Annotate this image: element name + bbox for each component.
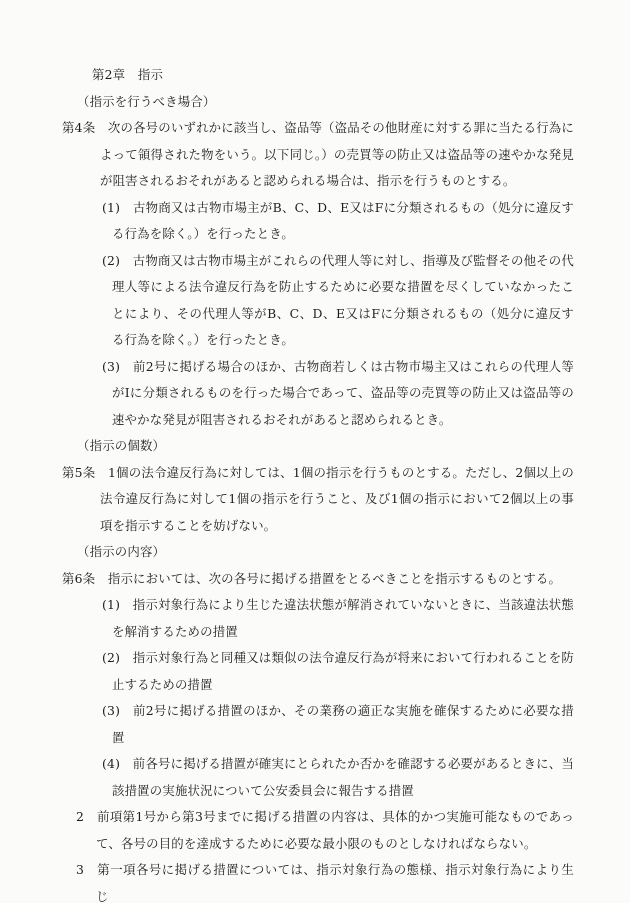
paren-heading: （指示を行うべき場合） (62, 89, 574, 116)
paragraph: 2 前項第1号から第3号までに掲げる措置の内容は、具体的かつ実施可能なものであっ… (62, 804, 574, 857)
item: (3) 前2号に掲げる場合のほか、古物商若しくは古物市場主又はこれらの代理人等が… (62, 354, 574, 434)
paragraph: 3 第一項各号に掲げる措置については、指示対象行為の態様、指示対象行為により生じ (62, 857, 574, 903)
item: (2) 古物商又は古物市場主がこれらの代理人等に対し、指導及び監督その他その代理… (62, 248, 574, 354)
paren-heading: （指示の個数） (62, 433, 574, 460)
article: 第6条 指示においては、次の各号に掲げる措置をとるべきことを指示するものとする。 (62, 566, 574, 593)
item: (4) 前各号に掲げる措置が確実にとられたか否かを確認する必要があるときに、当該… (62, 751, 574, 804)
item: (1) 古物商又は古物市場主がB、C、D、E又はFに分類されるもの（処分に違反す… (62, 195, 574, 248)
document-page: 第2章 指示（指示を行うべき場合）第4条 次の各号のいずれかに該当し、盗品等（盗… (0, 0, 630, 903)
article: 第4条 次の各号のいずれかに該当し、盗品等（盗品その他財産に対する罪に当たる行為… (62, 115, 574, 195)
article: 第5条 1個の法令違反行為に対しては、1個の指示を行うものとする。ただし、2個以… (62, 460, 574, 540)
document-body: 第2章 指示（指示を行うべき場合）第4条 次の各号のいずれかに該当し、盗品等（盗… (62, 62, 574, 903)
paren-heading: （指示の内容） (62, 539, 574, 566)
chapter-heading: 第2章 指示 (62, 62, 574, 89)
item: (2) 指示対象行為と同種又は類似の法令違反行為が将来において行われることを防止… (62, 645, 574, 698)
item: (1) 指示対象行為により生じた違法状態が解消されていないときに、当該違法状態を… (62, 592, 574, 645)
item: (3) 前2号に掲げる措置のほか、その業務の適正な実施を確保するために必要な措置 (62, 698, 574, 751)
